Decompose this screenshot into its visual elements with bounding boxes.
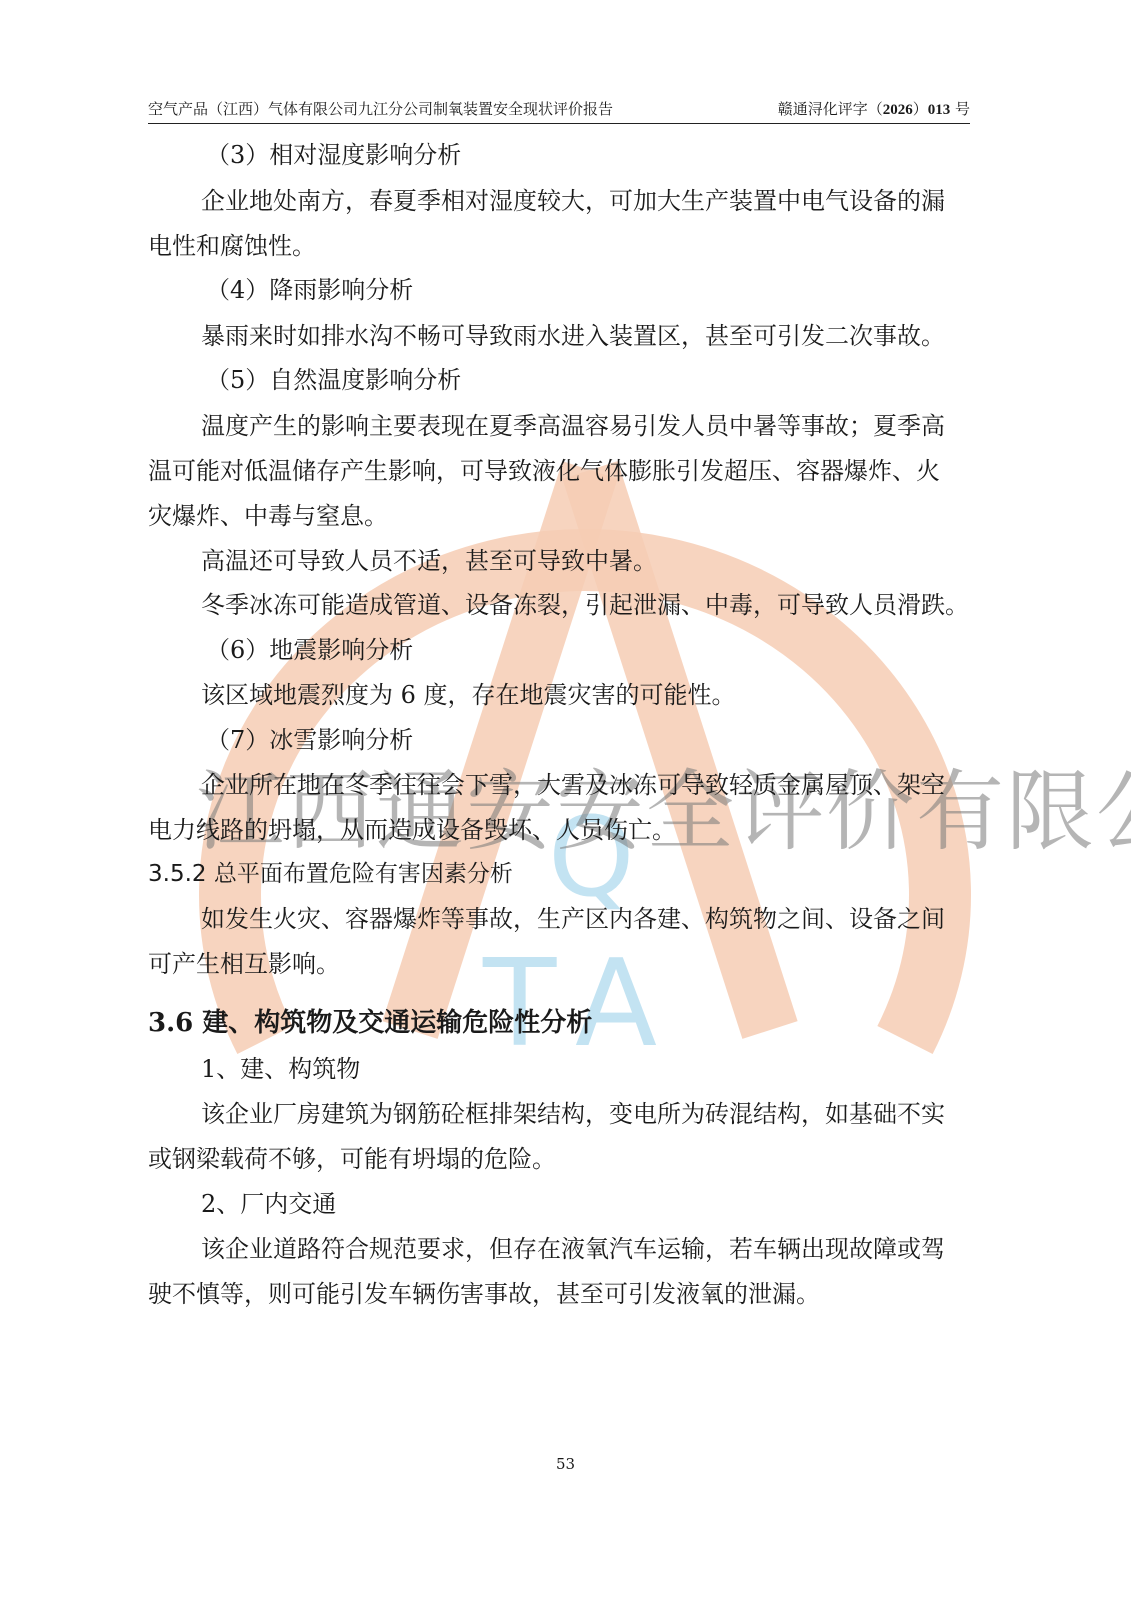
paragraph: 该区域地震烈度为 6 度，存在地震灾害的可能性。 [201, 680, 736, 710]
doc-number-mid: ） [913, 100, 928, 118]
svg-text:Q: Q [548, 793, 635, 921]
paragraph: 温度产生的影响主要表现在夏季高温容易引发人员中暑等事故；夏季高 [201, 411, 945, 441]
paragraph: 如发生火灾、容器爆炸等事故，生产区内各建、构筑物之间、设备之间 [201, 904, 945, 934]
document-number: 赣通浔化评字（2026）013 号 [778, 98, 970, 119]
doc-number-seq: 013 [928, 102, 951, 118]
subheading-humidity: （3）相对湿度影响分析 [206, 140, 461, 170]
subheading-ice-snow: （7）冰雪影响分析 [206, 725, 413, 755]
running-header: 空气产品（江西）气体有限公司九江分公司制氧装置安全现状评价报告 赣通浔化评字（2… [148, 97, 970, 124]
doc-number-suffix: 号 [950, 100, 970, 118]
list-item-buildings: 1、建、构筑物 [201, 1054, 360, 1084]
paragraph-continuation: 电力线路的坍塌，从而造成设备毁坏、人员伤亡。 [148, 815, 676, 845]
paragraph: 暴雨来时如排水沟不畅可导致雨水进入装置区，甚至可引发二次事故。 [201, 321, 945, 351]
paragraph: 高温还可导致人员不适，甚至可导致中暑。 [201, 546, 657, 576]
list-item-traffic: 2、厂内交通 [201, 1189, 336, 1219]
watermark-company-name: 江西通安安全评价有限公司 [196, 742, 1131, 868]
paragraph-continuation: 驶不慎等，则可能引发车辆伤害事故，甚至可引发液氧的泄漏。 [148, 1279, 820, 1309]
section-heading-3-6: 3.6 建、构筑物及交通运输危险性分析 [148, 1008, 592, 1038]
document-page: Q T A 江西通安安全评价有限公司 空气产品（江西）气体有限公司九江分公司制氧… [0, 0, 1131, 1600]
paragraph-continuation: 可产生相互影响。 [148, 949, 340, 979]
svg-text:T: T [482, 935, 557, 1074]
subheading-earthquake: （6）地震影响分析 [206, 635, 413, 665]
paragraph-continuation: 或钢梁载荷不够，可能有坍塌的危险。 [148, 1144, 556, 1174]
paragraph: 企业地处南方，春夏季相对湿度较大，可加大生产装置中电气设备的漏 [201, 186, 945, 216]
subheading-rainfall: （4）降雨影响分析 [206, 275, 413, 305]
section-heading-3-5-2: 3.5.2 总平面布置危险有害因素分析 [148, 859, 513, 889]
paragraph-continuation: 电性和腐蚀性。 [148, 231, 316, 261]
report-title: 空气产品（江西）气体有限公司九江分公司制氧装置安全现状评价报告 [148, 98, 613, 119]
paragraph: 该企业道路符合规范要求，但存在液氧汽车运输，若车辆出现故障或驾 [201, 1234, 945, 1264]
svg-text:A: A [575, 935, 657, 1074]
paragraph: 冬季冰冻可能造成管道、设备冻裂，引起泄漏、中毒，可导致人员滑跌。 [201, 590, 969, 620]
paragraph-continuation: 温可能对低温储存产生影响，可导致液化气体膨胀引发超压、容器爆炸、火 [148, 456, 940, 486]
paragraph: 该企业厂房建筑为钢筋砼框排架结构，变电所为砖混结构，如基础不实 [201, 1099, 945, 1129]
page-number: 53 [0, 1455, 1131, 1473]
paragraph-continuation: 灾爆炸、中毒与窒息。 [148, 501, 388, 531]
subheading-temperature: （5）自然温度影响分析 [206, 365, 461, 395]
paragraph: 企业所在地在冬季往往会下雪，大雪及冰冻可导致轻质金属屋顶、架空 [201, 770, 945, 800]
doc-number-prefix: 赣通浔化评字（ [778, 100, 883, 118]
doc-number-year: 2026 [883, 102, 913, 118]
